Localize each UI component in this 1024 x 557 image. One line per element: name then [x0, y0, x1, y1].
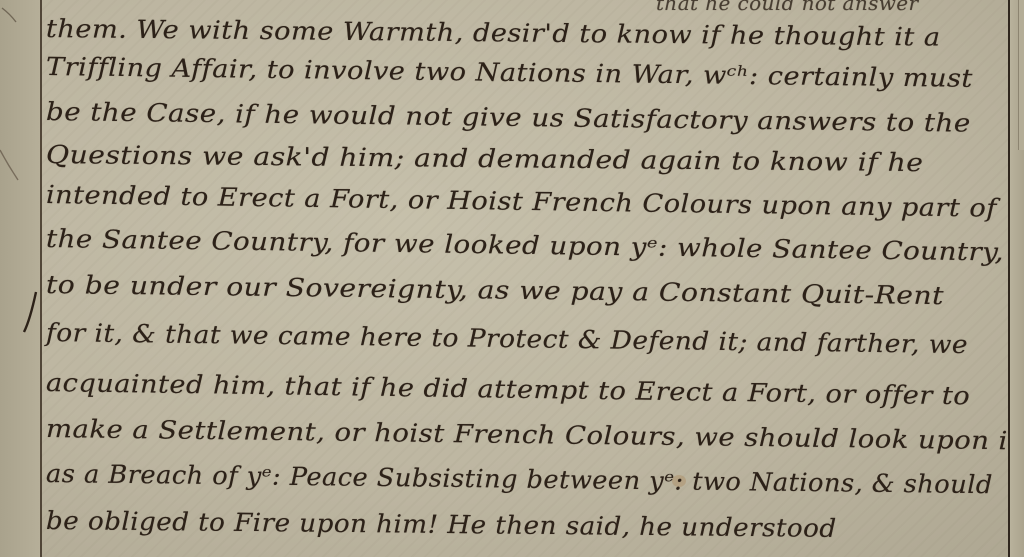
- adjacent-page-edge: [1018, 0, 1024, 150]
- manuscript-text: that he could not answer them. We with s…: [46, 0, 1006, 557]
- manuscript-line-6: the Santee Country, for we looked upon y…: [46, 224, 1004, 268]
- manuscript-line-10: make a Settlement, or hoist French Colou…: [46, 414, 1020, 456]
- manuscript-line-12: be obliged to Fire upon him! He then sai…: [46, 506, 837, 544]
- manuscript-line-3: be the Case, if he would not give us Sat…: [46, 97, 971, 139]
- manuscript-line-8: for it, & that we came here to Protect &…: [46, 318, 968, 360]
- manuscript-line-1: them. We with some Warmth, desir'd to kn…: [46, 14, 941, 53]
- margin-rule: [40, 0, 42, 557]
- manuscript-line-5: intended to Erect a Fort, or Hoist Frenc…: [46, 180, 997, 224]
- manuscript-line-9: acquainted him, that if he did attempt t…: [46, 368, 971, 411]
- manuscript-line-0: that he could not answer: [656, 0, 919, 18]
- manuscript-line-7: to be under our Sovereignty, as we pay a…: [46, 270, 944, 311]
- manuscript-page: that he could not answer them. We with s…: [0, 0, 1024, 557]
- manuscript-line-11: as a Breach of yᵉ: Peace Subsisting betw…: [46, 459, 993, 500]
- manuscript-line-2: Triffling Affair, to involve two Nations…: [46, 52, 973, 94]
- manuscript-line-4: Questions we ask'd him; and demanded aga…: [46, 140, 924, 178]
